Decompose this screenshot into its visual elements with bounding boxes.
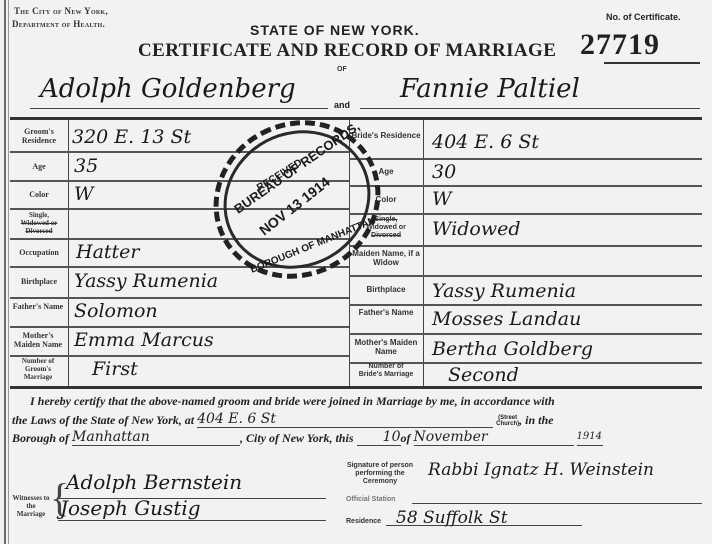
column-divider (68, 120, 69, 386)
groom-occupation: Hatter (76, 241, 140, 263)
groom-name-line (30, 108, 328, 109)
marriage-certificate: The City of New York, Department of Heal… (0, 0, 712, 544)
department-heading: Department of Health. (12, 19, 105, 29)
groom-color: W (74, 183, 94, 205)
bride-residence-label: Bride's Residence (350, 131, 422, 140)
witness-2-signature: Joseph Gustig (60, 496, 201, 520)
groom-age: 35 (74, 155, 98, 177)
groom-color-label: Color (10, 190, 68, 199)
page-edge (8, 0, 9, 544)
groom-birthplace-label: Birthplace (10, 277, 68, 286)
bride-color: W (432, 188, 452, 210)
witness-2-line (58, 520, 326, 521)
bride-age: 30 (432, 161, 456, 183)
ceremony-year: 1914 (577, 429, 603, 446)
document-title: CERTIFICATE AND RECORD OF MARRIAGE (138, 40, 556, 62)
certificate-number: 27719 (580, 28, 660, 62)
groom-occupation-label: Occupation (10, 248, 68, 257)
ceremony-borough: Manhattan (72, 429, 240, 446)
bride-mother: Bertha Goldberg (432, 338, 593, 360)
bride-marriage-number: Second (448, 364, 519, 386)
officiant-residence: 58 Suffolk St (396, 508, 508, 528)
groom-residence-label: Groom's Residence (10, 127, 68, 145)
row-divider (349, 213, 702, 215)
bride-marital-status: Widowed (432, 218, 521, 240)
officiant-signature: Rabbi Ignatz H. Weinstein (428, 460, 654, 480)
city-heading: The City of New York, (14, 6, 108, 16)
officiant-residence-label: Residence (346, 518, 381, 526)
bride-maiden-name-label: Maiden Name, if a Widow (352, 249, 420, 267)
row-divider (349, 245, 702, 247)
row-divider (10, 326, 349, 328)
row-divider (349, 333, 702, 335)
certification-line-2: the Laws of the State of New York, at 40… (12, 411, 553, 428)
state-heading: STATE OF NEW YORK. (250, 22, 420, 38)
groom-marriage-number-label: Number of Groom's Marriage (12, 357, 64, 381)
certification-line-1: I hereby certify that the above-named gr… (30, 393, 555, 409)
table-top-border (10, 117, 702, 120)
officiant-signature-label: Signature of person performing the Cerem… (342, 462, 418, 486)
bride-father-label: Father's Name (356, 308, 416, 317)
official-station-label: Official Station (346, 496, 395, 504)
page-edge (4, 0, 6, 544)
groom-marriage-number: First (92, 358, 138, 380)
row-divider (349, 275, 702, 277)
groom-father-label: Father's Name (12, 302, 64, 311)
bride-name-line (360, 108, 700, 109)
official-station-line (412, 503, 702, 504)
certificate-number-label: No. of Certificate. (606, 12, 681, 22)
and-label: and (334, 100, 350, 110)
groom-age-label: Age (10, 162, 68, 171)
groom-name: Adolph Goldenberg (40, 74, 296, 104)
table-bottom-border (10, 386, 702, 389)
groom-birthplace: Yassy Rumenia (74, 270, 218, 292)
bride-father: Mosses Landau (432, 308, 581, 330)
street-church-note: (StreetChurch) (496, 415, 519, 427)
groom-residence: 320 E. 13 St (72, 126, 191, 148)
bride-residence: 404 E. 6 St (432, 131, 539, 153)
of-label: OF (337, 66, 347, 73)
witness-1-signature: Adolph Bernstein (66, 470, 242, 494)
bride-marriage-number-label: Number of Bride's Marriage (356, 363, 416, 379)
bride-birthplace: Yassy Rumenia (432, 280, 576, 302)
row-divider (349, 304, 702, 306)
ceremony-address: 404 E. 6 St (197, 411, 493, 428)
ceremony-day: 10 (357, 429, 401, 446)
bride-mother-label: Mother's Maiden Name (352, 338, 420, 356)
bride-birthplace-label: Birthplace (350, 285, 422, 294)
groom-mother: Emma Marcus (74, 329, 214, 351)
witnesses-label: Witnesses to the Marriage (12, 494, 50, 518)
groom-mother-label: Mother's Maiden Name (12, 331, 64, 349)
groom-father: Solomon (74, 300, 158, 322)
row-divider (349, 158, 702, 160)
bride-name: Fannie Paltiel (400, 74, 580, 104)
certificate-underline (604, 62, 700, 64)
groom-marital-label: Single, Widowed or Divorced (10, 211, 68, 235)
certification-line-3: Borough of Manhattan, City of New York, … (12, 429, 603, 446)
row-divider (10, 297, 349, 299)
row-divider (349, 185, 702, 187)
ceremony-month: November (414, 429, 574, 446)
